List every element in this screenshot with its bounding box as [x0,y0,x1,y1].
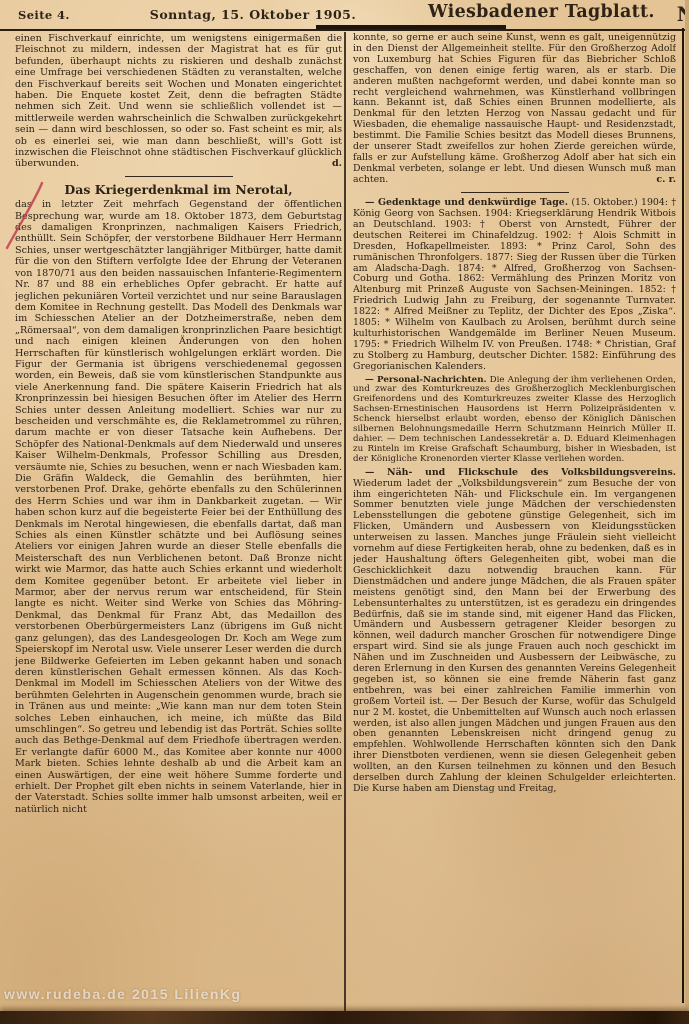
date-label: Sonntag, 15. Oktober 1905. [128,7,378,22]
section-divider [461,192,569,193]
column-divider [344,32,346,1013]
memorial-article-signature: c. r. [646,175,676,186]
sewing-school-section: — Näh- und Flickschule des Volksbildungs… [353,468,676,795]
memorial-article-continuation: konnte, so gerne er auch seine Kunst, we… [353,33,676,186]
scan-edge-right-paper [685,0,689,1024]
memorial-continuation-text: konnte, so gerne er auch seine Kunst, we… [353,33,676,185]
sewing-school-body: Wiederum ladet der „Volksbildungsverein“… [353,478,676,794]
fish-article-signature: d. [322,158,342,169]
memorial-article-body: das in letzter Zeit mehrfach Gegenstand … [15,199,342,815]
sewing-school-title: — Näh- und Flickschule des Volksbildungs… [365,467,676,478]
masthead-title: Wiesbadener Tagblatt. [428,2,643,22]
header-rule [0,29,689,31]
watermark-text: www.rudeba.de 2015 LilienKg [4,986,242,1002]
section-divider [125,176,233,177]
memorial-days-date-note: (15. Oktober.) [571,197,637,208]
right-column: konnte, so gerne er auch seine Kunst, we… [353,33,676,1012]
newspaper-page: { "header": { "page_label": "Seite 4.", … [0,0,689,1024]
personal-news-section: — Personal-Nachrichten. Die Anlegung der… [353,376,676,465]
fish-article-text: einen Fischverkauf einrichte, um wenigst… [15,33,342,169]
page-number-label: Seite 4. [18,8,70,22]
left-column: einen Fischverkauf einrichte, um wenigst… [15,33,342,1012]
header-rule-heavy [316,25,506,29]
memorial-days-title: — Gedenktage und denkwürdige Tage. [365,197,568,208]
scan-edge-bottom [0,1011,689,1024]
personal-news-title: — Personal-Nachrichten. [365,375,487,385]
personal-news-body: Die Anlegung der ihm verliehenen Orden, … [353,375,676,464]
memorial-article-headline: Das Kriegerdenkmal im Nerotal, [15,182,342,197]
scan-edge-right-line [682,28,684,1003]
memorial-days-body: 1904: † König Georg von Sachsen. 1904: K… [353,197,676,372]
fish-article-continuation: einen Fischverkauf einrichte, um wenigst… [15,33,342,170]
memorial-days-section: — Gedenktage und denkwürdige Tage. (15. … [353,198,676,373]
